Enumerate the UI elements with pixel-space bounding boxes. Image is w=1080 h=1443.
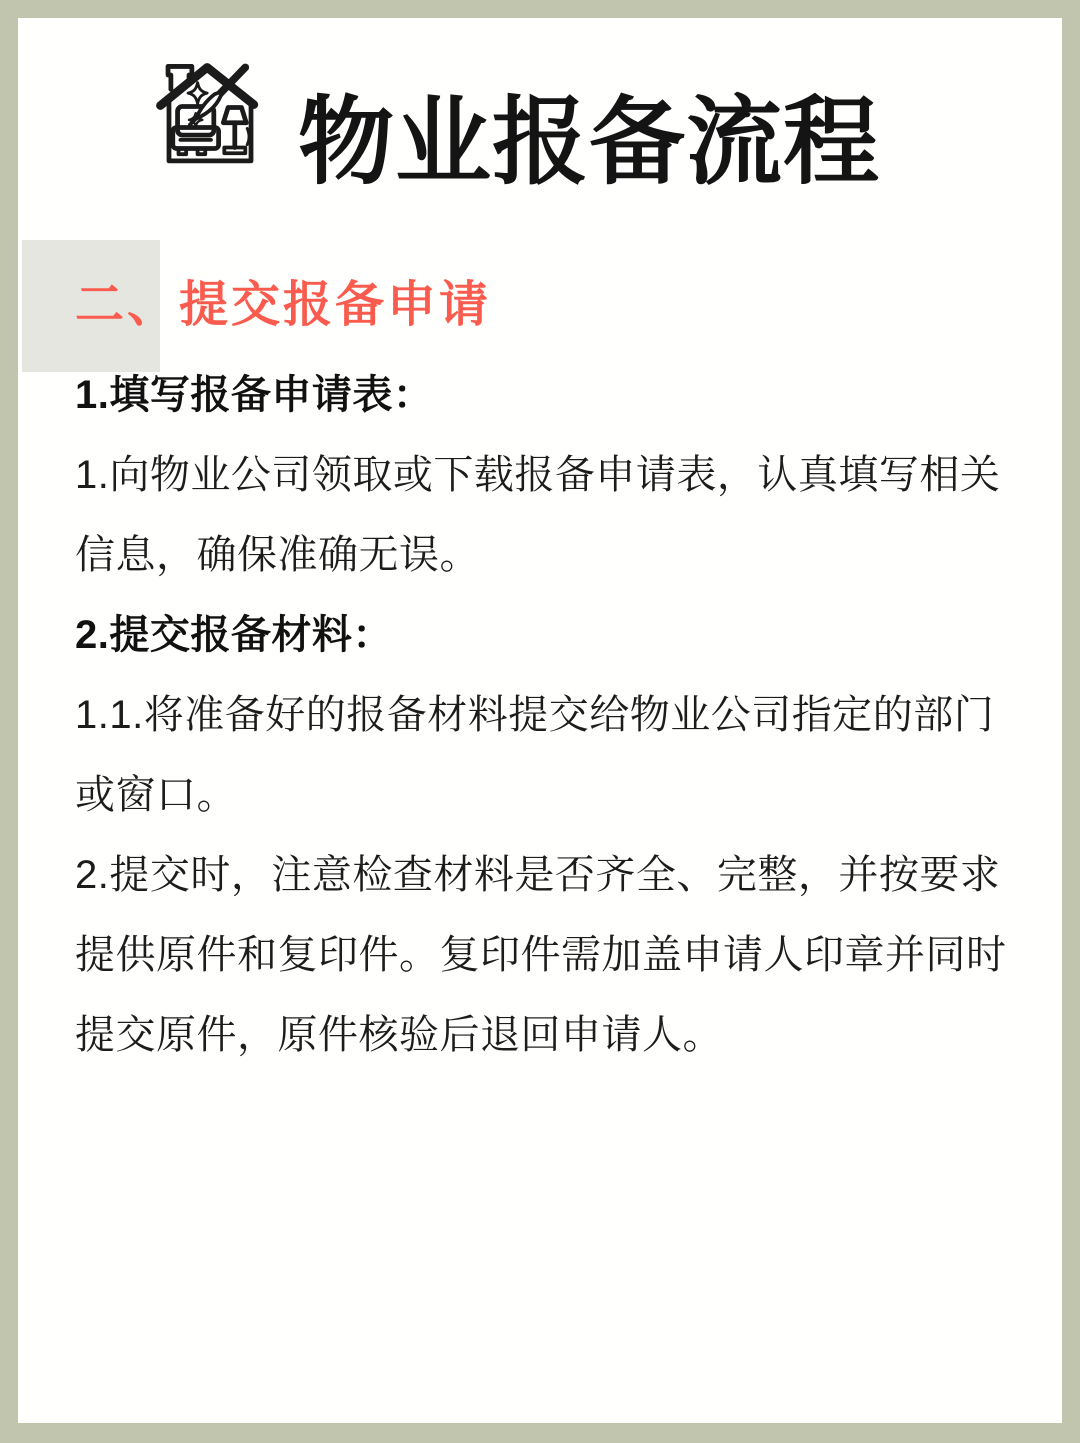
paragraph: 2.提交报备材料：: [75, 595, 1027, 675]
paragraph: 1.1.将准备好的报备材料提交给物业公司指定的部门或窗口。: [75, 675, 1027, 835]
paragraph: 1.填写报备申请表：: [75, 355, 1027, 435]
home-renovation-icon: [148, 55, 272, 179]
section-heading: 二、提交报备申请: [75, 272, 491, 338]
body-paragraphs: 1.填写报备申请表：1.向物业公司领取或下载报备申请表，认真填写相关信息，确保准…: [75, 355, 1027, 1075]
poster-page: 物业报备流程 二、提交报备申请 1.填写报备申请表：1.向物业公司领取或下载报备…: [0, 0, 1080, 1443]
paragraph: 2.提交时，注意检查材料是否齐全、完整，并按要求提供原件和复印件。复印件需加盖申…: [75, 835, 1027, 1075]
page-title: 物业报备流程: [298, 83, 880, 203]
content-card: 物业报备流程 二、提交报备申请 1.填写报备申请表：1.向物业公司领取或下载报备…: [18, 18, 1062, 1423]
paragraph: 1.向物业公司领取或下载报备申请表，认真填写相关信息，确保准确无误。: [75, 435, 1027, 595]
